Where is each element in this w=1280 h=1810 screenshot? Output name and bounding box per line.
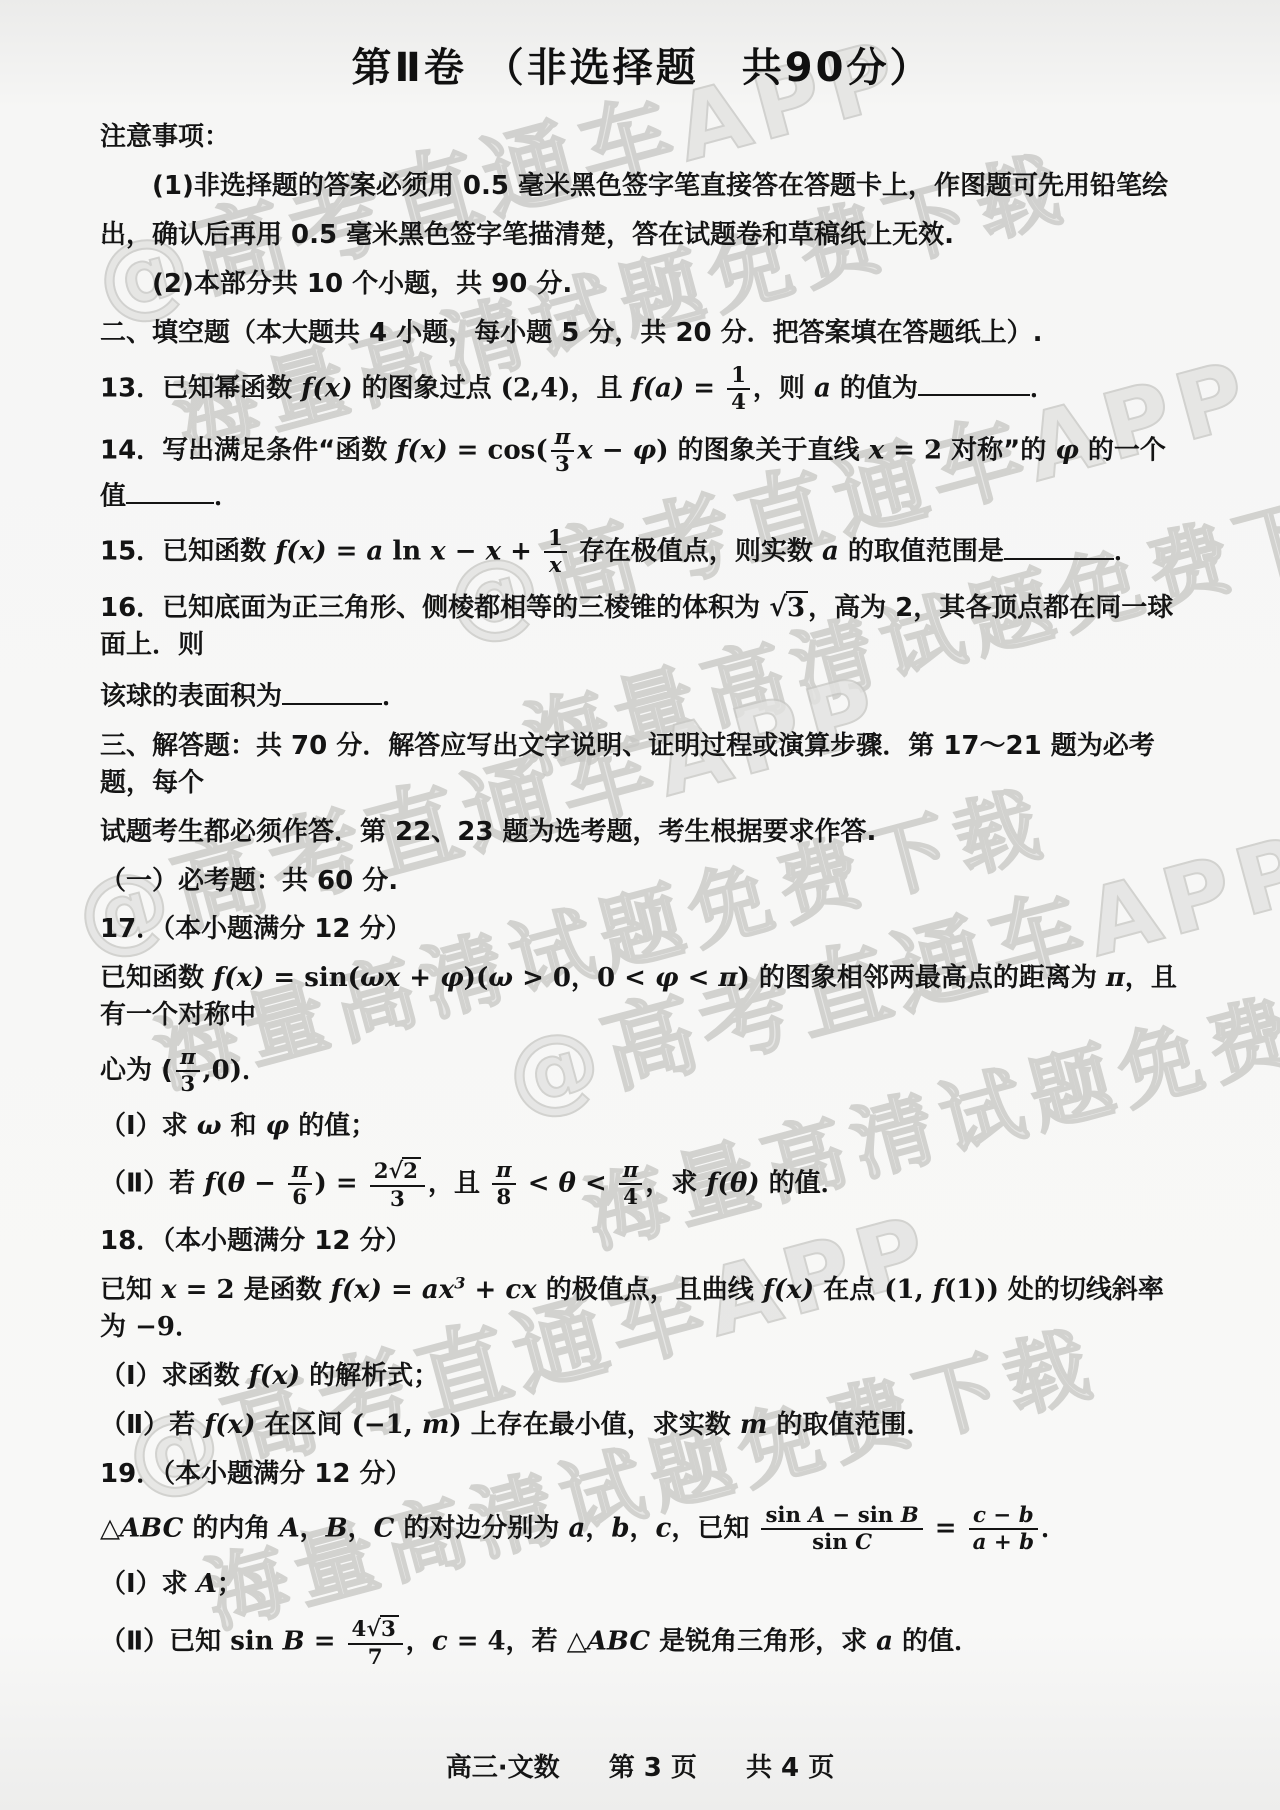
math-roman: = 2 <box>884 435 942 465</box>
q13: 13．已知幂函数 f(x) 的图象过点 (2,4)，且 f(a) = 14，则 … <box>100 364 1184 414</box>
fraction: π8 <box>492 1159 516 1209</box>
math-italic: b <box>1019 1503 1034 1528</box>
fraction: π4 <box>619 1159 643 1209</box>
math-italic: π <box>718 963 737 993</box>
text-run: 存在极值点，则实数 <box>570 537 822 567</box>
text-run: ， <box>300 1514 326 1544</box>
answer-blank <box>1004 531 1114 560</box>
numerator: c − b <box>969 1504 1038 1530</box>
text-run: 的图象关于直线 <box>669 435 869 465</box>
text-run: 的值为 <box>831 373 918 403</box>
exam-page: 第Ⅱ卷 （非选择题 共90分） 注意事项：(1)非选择题的答案必须用 0.5 毫… <box>0 0 1280 1669</box>
text-run: 15．已知函数 <box>100 537 275 567</box>
numerator: π <box>492 1159 516 1185</box>
q17-part1: （Ⅰ）求 ω 和 φ 的值； <box>100 1108 1184 1145</box>
text-run: ； <box>217 1569 243 1599</box>
numerator: 1 <box>727 364 750 390</box>
math-italic: m <box>422 1410 450 1440</box>
text-run: （Ⅰ）求 <box>100 1111 197 1141</box>
text-run: （Ⅱ）若 <box>100 1410 204 1440</box>
math-italic: x <box>430 537 446 567</box>
fraction: 1x <box>544 527 567 577</box>
text-run: ． <box>175 1312 201 1342</box>
radicand: 3 <box>380 1615 399 1642</box>
denominator: 7 <box>348 1645 403 1669</box>
math-italic: A <box>808 1503 825 1528</box>
math-italic: a <box>876 1627 893 1657</box>
math-italic: f <box>933 1275 944 1305</box>
text-run: ，求 <box>645 1169 706 1199</box>
sqrt: √2 <box>389 1159 421 1184</box>
math-roman: 1 <box>548 526 563 551</box>
math-italic: x <box>486 537 502 567</box>
q18-part1: （Ⅰ）求函数 f(x) 的解析式； <box>100 1358 1184 1395</box>
text-run: （Ⅱ）已知 <box>100 1627 230 1657</box>
text-run: (1)非选择题的答案必须用 0.5 毫米黑色签字笔直接答在答题卡上，作图题可先用… <box>152 171 1168 201</box>
math-italic: f(θ) <box>706 1169 759 1199</box>
text-run: ，且 <box>428 1169 489 1199</box>
numerator: 4√3 <box>348 1615 403 1645</box>
denominator: x <box>544 553 567 577</box>
math-italic: a <box>568 1514 585 1544</box>
math-italic: f(x) <box>213 963 264 993</box>
text-run: 在点 <box>814 1275 884 1305</box>
q19-heading: 19．（本小题满分 12 分） <box>100 1456 1184 1493</box>
q14: 14．写出满足条件“函数 f(x) = cos(π3x − φ) 的图象关于直线… <box>100 426 1184 515</box>
math-italic: B <box>283 1627 305 1657</box>
math-roman: = cos( <box>448 435 548 465</box>
math-roman: ) <box>737 963 749 993</box>
math-roman: ( <box>215 1169 227 1199</box>
text-run: 对称”的 <box>942 435 1055 465</box>
math-italic: B <box>901 1503 919 1528</box>
numerator: π <box>288 1159 312 1185</box>
numerator: sin A − sin B <box>761 1504 922 1530</box>
math-italic: x <box>869 435 885 465</box>
numerator: π <box>619 1159 643 1185</box>
q15: 15．已知函数 f(x) = a ln x − x + 1x 存在极值点，则实数… <box>100 527 1184 577</box>
math-italic: x <box>577 435 593 465</box>
text-run: ， <box>630 1514 656 1544</box>
math-italic: x <box>549 553 562 578</box>
math-roman: (1)) <box>944 1275 999 1305</box>
math-italic: φ <box>266 1111 290 1141</box>
math-roman: > 0，0 < <box>513 963 655 993</box>
math-italic: φ <box>655 963 679 993</box>
text-run: 的对边分别为 <box>394 1514 568 1544</box>
page-title: 第Ⅱ卷 （非选择题 共90分） <box>100 36 1184 93</box>
q16-line2: 该球的表面积为． <box>100 676 1184 715</box>
math-roman: 2 <box>374 1159 389 1184</box>
text-run: 16．已知底面为正三角形、侧棱都相等的三棱锥的体积为 <box>100 593 769 623</box>
text-run: 的值； <box>289 1111 376 1141</box>
math-roman: = sin( <box>264 963 360 993</box>
math-roman: = <box>684 373 724 403</box>
math-italic: A <box>279 1514 299 1544</box>
text-run: 上存在最小值，求实数 <box>462 1410 740 1440</box>
math-italic: π <box>180 1045 196 1070</box>
text-run: 心为 ( <box>100 1056 173 1086</box>
text-run: ， <box>406 1627 432 1657</box>
math-italic: a <box>973 1530 987 1555</box>
text-run: 的内角 <box>183 1514 279 1544</box>
math-italic: a <box>366 537 383 567</box>
notice-heading: 注意事项： <box>100 119 1184 156</box>
math-roman: ) = <box>315 1169 367 1199</box>
math-italic: b <box>1019 1530 1034 1555</box>
math-roman: = <box>926 1514 966 1544</box>
math-italic: f(x) <box>396 435 447 465</box>
math-roman: (1, <box>884 1275 933 1305</box>
math-roman: 3 <box>555 452 570 477</box>
text-run: 18．（本小题满分 12 分） <box>100 1226 411 1256</box>
math-italic: C <box>374 1514 395 1544</box>
section-3-sub: （一）必考题：共 60 分. <box>100 863 1184 900</box>
fraction: sin A − sin Bsin C <box>761 1504 922 1554</box>
math-italic: φ <box>440 963 464 993</box>
radical-icon: √ <box>389 1158 404 1184</box>
text-run: 三、解答题：共 70 分．解答应写出文字说明、证明过程或演算步骤．第 17～21… <box>100 731 1155 798</box>
text-run: 二、填空题（本大题共 4 小题，每小题 5 分，共 20 分．把答案填在答题纸上… <box>100 318 1043 348</box>
text-run: 和 <box>222 1111 266 1141</box>
text-run: ， <box>348 1514 374 1544</box>
text-run: 已知函数 <box>100 963 213 993</box>
math-roman: + <box>986 1530 1019 1555</box>
text-run: 已知 <box>100 1275 161 1305</box>
text-run: 的极值点，且曲线 <box>537 1275 763 1305</box>
text-run: ． <box>1041 1514 1067 1544</box>
fraction: c − ba + b <box>969 1504 1038 1554</box>
denominator: 4 <box>619 1185 643 1209</box>
math-italic: a <box>822 537 839 567</box>
radical-icon: √ <box>366 1616 381 1642</box>
math-roman: sin <box>230 1627 282 1657</box>
math-italic: x <box>161 1275 177 1305</box>
math-italic: m <box>740 1410 768 1440</box>
radical-icon: √ <box>769 592 787 623</box>
text-run: (2)本部分共 10 个小题，共 90 分. <box>152 269 572 299</box>
math-roman: 4 <box>352 1617 367 1642</box>
math-roman: = 2 <box>177 1275 235 1305</box>
math-roman: ) <box>656 435 668 465</box>
fraction: 2√23 <box>370 1157 425 1211</box>
math-italic: c <box>973 1503 986 1528</box>
math-roman: − sin <box>825 1503 901 1528</box>
fraction: π3 <box>176 1046 200 1096</box>
q19-body: △ABC 的内角 A，B，C 的对边分别为 a，b，c，已知 sin A − s… <box>100 1504 1184 1554</box>
text-run: ． <box>1030 373 1056 403</box>
footer-page-number: 第 3 页 <box>609 1747 697 1784</box>
math-italic: f(x) <box>331 1275 382 1305</box>
math-italic: b <box>611 1514 629 1544</box>
math-roman: )( <box>464 963 489 993</box>
answer-blank <box>126 476 214 505</box>
text-run: 是锐角三角形，求 <box>650 1627 876 1657</box>
q17-body-line2: 心为 (π3,0)． <box>100 1046 1184 1096</box>
math-italic: f(x) <box>275 537 326 567</box>
numerator: 1 <box>544 527 567 553</box>
answer-blank <box>282 676 382 705</box>
text-run: ，且 <box>570 373 631 403</box>
math-italic: ABC <box>120 1514 183 1544</box>
math-roman: = <box>305 1627 345 1657</box>
math-italic: A <box>197 1569 217 1599</box>
math-italic: ω <box>488 963 513 993</box>
text-run: ． <box>382 682 408 712</box>
q19-part1: （Ⅰ）求 A； <box>100 1566 1184 1603</box>
math-roman: 7 <box>368 1645 383 1670</box>
numerator: 2√2 <box>370 1157 425 1187</box>
text-run: 出，确认后再用 0.5 毫米黑色签字笔描清楚，答在试题卷和草稿纸上无效. <box>100 220 954 250</box>
math-italic: f(a) <box>632 373 685 403</box>
superscript: 3 <box>454 1273 465 1292</box>
math-italic: ωx <box>360 963 400 993</box>
math-italic: ω <box>197 1111 222 1141</box>
text-run: 14．写出满足条件“函数 <box>100 435 396 465</box>
math-italic: f(x) <box>763 1275 814 1305</box>
text-run: ． <box>242 1056 268 1086</box>
denominator: 3 <box>176 1072 200 1096</box>
sqrt: √3 <box>366 1617 398 1642</box>
math-roman: sin <box>765 1503 808 1528</box>
math-italic: φ <box>633 435 657 465</box>
math-roman: sin <box>812 1530 855 1555</box>
q18-heading: 18．（本小题满分 12 分） <box>100 1223 1184 1260</box>
math-roman: ,0) <box>203 1056 242 1086</box>
math-italic: θ <box>228 1169 245 1199</box>
fraction: 14 <box>727 364 750 414</box>
math-roman: + <box>400 963 440 993</box>
q18-part2: （Ⅱ）若 f(x) 在区间 (−1, m) 上存在最小值，求实数 m 的取值范围… <box>100 1407 1184 1444</box>
q17-body-line1: 已知函数 f(x) = sin(ωx + φ)(ω > 0，0 < φ < π)… <box>100 960 1184 1034</box>
text-run: 的值． <box>760 1169 847 1199</box>
text-run: 19．（本小题满分 12 分） <box>100 1459 411 1489</box>
math-italic: a <box>814 373 831 403</box>
text-run: 的取值范围． <box>767 1410 932 1440</box>
math-roman: < <box>519 1169 559 1199</box>
math-italic: c <box>432 1627 448 1657</box>
text-run: （Ⅱ）若 <box>100 1169 204 1199</box>
math-italic: f(x) <box>204 1410 255 1440</box>
radicand: 2 <box>402 1157 421 1184</box>
math-roman: + <box>501 537 541 567</box>
sqrt: √3 <box>769 593 808 623</box>
text-run: 的值． <box>893 1627 980 1657</box>
page-footer: 高三·文数 第 3 页 共 4 页 <box>0 1747 1280 1784</box>
notice-2: 出，确认后再用 0.5 毫米黑色签字笔描清楚，答在试题卷和草稿纸上无效. <box>100 217 1184 254</box>
answer-blank <box>918 368 1030 397</box>
text-run: 在区间 <box>255 1410 351 1440</box>
footer-course: 高三·文数 <box>446 1747 560 1784</box>
text-run: 试题考生都必须作答．第 22、23 题为选考题，考生根据要求作答. <box>100 817 876 847</box>
notice-1: (1)非选择题的答案必须用 0.5 毫米黑色签字笔直接答在答题卡上，作图题可先用… <box>100 168 1184 205</box>
text-run: 13．已知幂函数 <box>100 373 301 403</box>
math-italic: c <box>656 1514 672 1544</box>
fraction: π6 <box>288 1159 312 1209</box>
math-italic: B <box>326 1514 348 1544</box>
denominator: 8 <box>492 1185 516 1209</box>
math-roman: − <box>446 537 486 567</box>
math-italic: π <box>1106 963 1125 993</box>
math-roman: − <box>593 435 633 465</box>
math-roman: < <box>576 1169 616 1199</box>
q16-line1: 16．已知底面为正三角形、侧棱都相等的三棱锥的体积为 √3，高为 2，其各顶点都… <box>100 589 1184 664</box>
math-roman: 8 <box>496 1185 511 1210</box>
text-run: 17．（本小题满分 12 分） <box>100 914 411 944</box>
math-roman: − <box>245 1169 285 1199</box>
text-run: ． <box>214 481 240 511</box>
math-roman: 4 <box>623 1185 638 1210</box>
math-italic: θ <box>559 1169 576 1199</box>
denominator: 3 <box>551 452 575 476</box>
fraction: 4√37 <box>348 1615 403 1669</box>
math-roman: 6 <box>292 1185 307 1210</box>
math-roman: = 4 <box>448 1627 506 1657</box>
math-roman: 4 <box>731 390 746 415</box>
q17-part2: （Ⅱ）若 f(θ − π6) = 2√23，且 π8 < θ < π4，求 f(… <box>100 1157 1184 1211</box>
math-roman: (2,4) <box>501 373 571 403</box>
math-roman: (−1, <box>352 1410 422 1440</box>
text-run: ，已知 <box>671 1514 758 1544</box>
math-italic: φ <box>1055 435 1079 465</box>
math-italic: f(x) <box>301 373 352 403</box>
denominator: sin C <box>761 1530 922 1554</box>
math-italic: π <box>292 1158 308 1183</box>
math-italic: ABC <box>587 1627 650 1657</box>
text-run: ， <box>585 1514 611 1544</box>
math-italic: C <box>855 1530 872 1555</box>
text-run: （Ⅰ）求函数 <box>100 1361 249 1391</box>
math-italic: f <box>204 1169 215 1199</box>
denominator: 4 <box>727 390 750 414</box>
math-italic: ax <box>422 1275 454 1305</box>
text-run: ，则 <box>753 373 814 403</box>
q18-body: 已知 x = 2 是函数 f(x) = ax3 + cx 的极值点，且曲线 f(… <box>100 1272 1184 1346</box>
math-roman: −9 <box>135 1312 175 1342</box>
text-run: 是函数 <box>235 1275 331 1305</box>
math-roman: + <box>465 1275 505 1305</box>
math-roman: ln <box>383 537 430 567</box>
math-roman: 3 <box>390 1187 405 1212</box>
section-2-heading: 二、填空题（本大题共 4 小题，每小题 5 分，共 20 分．把答案填在答题纸上… <box>100 315 1184 352</box>
math-italic: f(x) <box>249 1361 300 1391</box>
fraction: π3 <box>551 426 575 476</box>
notice-3: (2)本部分共 10 个小题，共 90 分. <box>100 266 1184 303</box>
q17-heading: 17．（本小题满分 12 分） <box>100 911 1184 948</box>
text-run: （一）必考题：共 60 分. <box>100 866 398 896</box>
q19-part2: （Ⅱ）已知 sin B = 4√37，c = 4，若 △ABC 是锐角三角形，求… <box>100 1615 1184 1669</box>
text-run: （Ⅰ）求 <box>100 1569 197 1599</box>
document-body: 注意事项：(1)非选择题的答案必须用 0.5 毫米黑色签字笔直接答在答题卡上，作… <box>100 119 1184 1669</box>
math-roman: ) <box>449 1410 461 1440</box>
math-italic: π <box>555 425 571 450</box>
math-italic: π <box>496 1158 512 1183</box>
text-run: 该球的表面积为 <box>100 682 282 712</box>
section-3-line2: 试题考生都必须作答．第 22、23 题为选考题，考生根据要求作答. <box>100 814 1184 851</box>
text-run: ． <box>1114 537 1140 567</box>
denominator: 3 <box>370 1187 425 1211</box>
section-3-line1: 三、解答题：共 70 分．解答应写出文字说明、证明过程或演算步骤．第 17～21… <box>100 728 1184 802</box>
text-run: 的图象过点 <box>353 373 501 403</box>
math-roman: = <box>327 537 367 567</box>
math-roman: 1 <box>731 363 746 388</box>
text-run: 的取值范围是 <box>839 537 1004 567</box>
denominator: 6 <box>288 1185 312 1209</box>
footer-page-total: 共 4 页 <box>746 1747 834 1784</box>
math-roman: 3 <box>180 1072 195 1097</box>
denominator: a + b <box>969 1530 1038 1554</box>
math-italic: π <box>623 1158 639 1183</box>
math-italic: cx <box>505 1275 536 1305</box>
text-run: 的图象相邻两最高点的距离为 <box>750 963 1106 993</box>
numerator: π <box>551 426 575 452</box>
math-roman: − <box>986 1503 1019 1528</box>
text-run: 注意事项： <box>100 122 230 152</box>
radicand: 3 <box>786 591 808 623</box>
text-run: 的解析式； <box>300 1361 439 1391</box>
numerator: π <box>176 1046 200 1072</box>
text-run: ，若 △ <box>506 1627 587 1657</box>
math-roman: < <box>679 963 719 993</box>
text-run: △ <box>100 1514 120 1544</box>
math-roman: = <box>382 1275 422 1305</box>
